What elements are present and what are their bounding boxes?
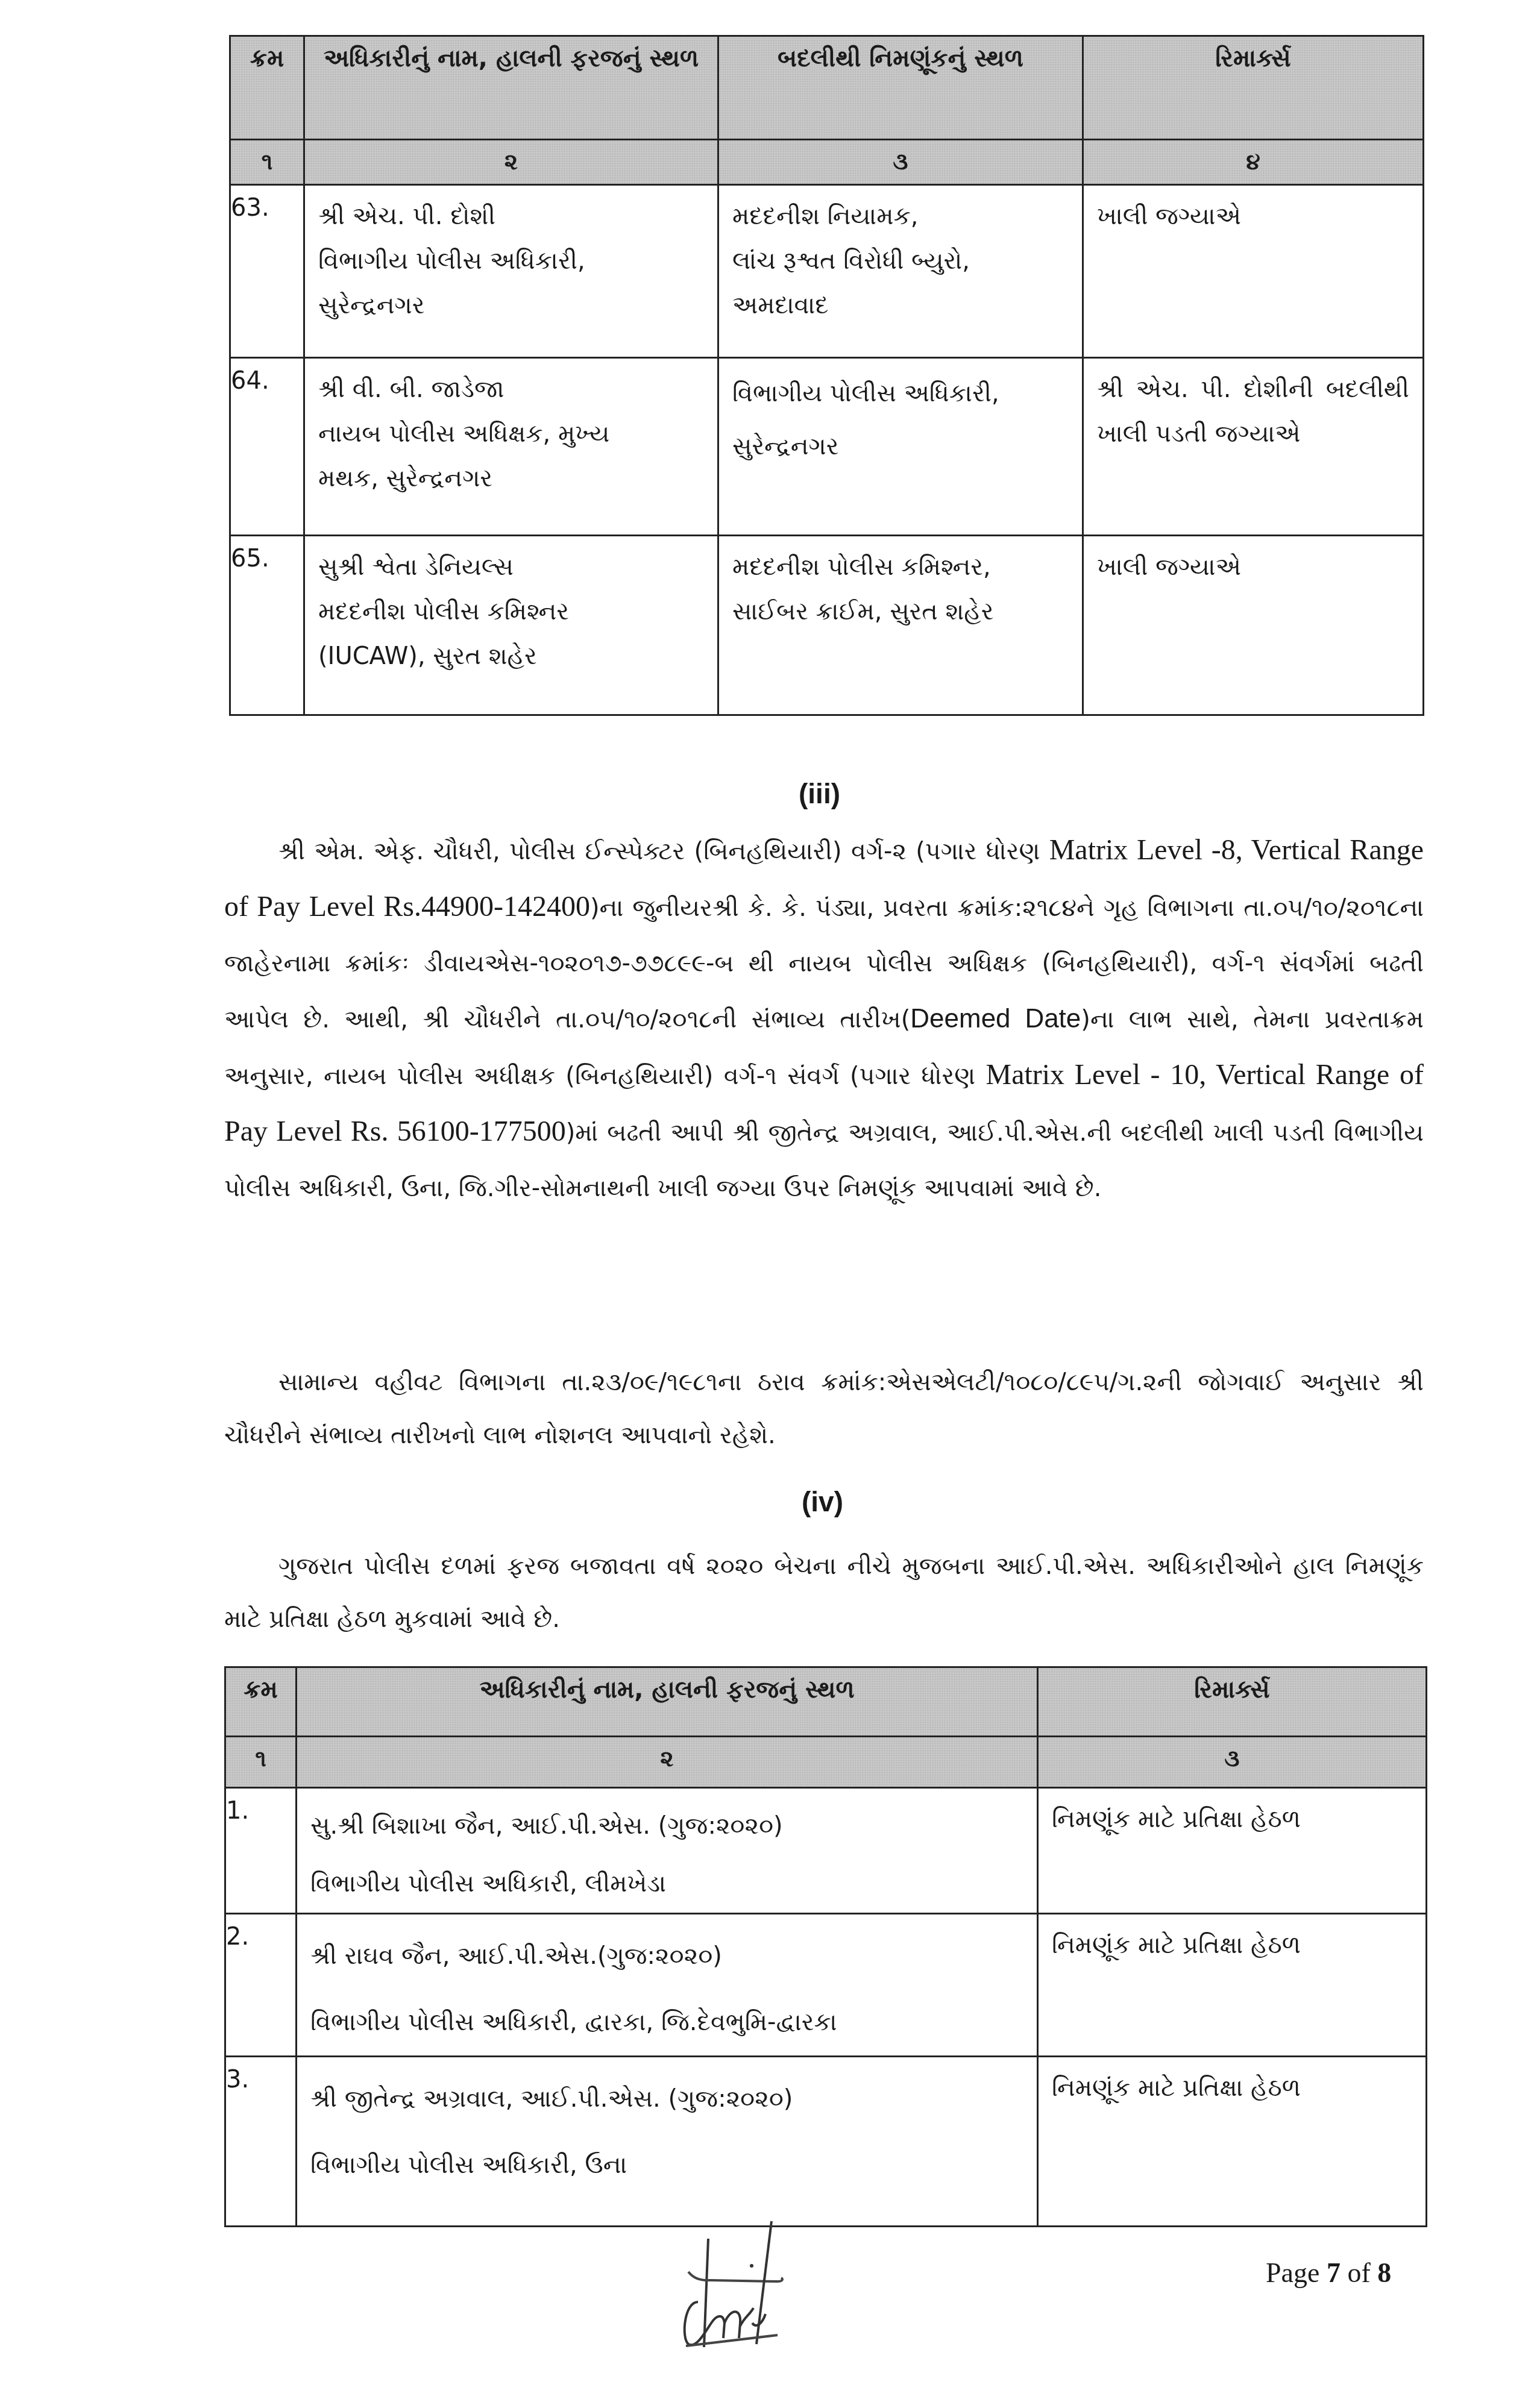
officer-posting: વિભાગીય પોલીસ અધિકારી, દ્વારકા, જિ.દેવભુ… [310, 1989, 1023, 2055]
colnum-3: ૩ [718, 140, 1083, 185]
officer-line: સુરેન્દ્રનગર [318, 283, 704, 328]
colnum-1: ૧ [230, 140, 304, 185]
row-sr: 1. [225, 1788, 297, 1914]
row-sr: 3. [225, 2057, 297, 2227]
para-text: શ્રી એમ. એફ. ચૌધરી, પોલીસ ઈન્સ્પેક્ટર (બ… [278, 838, 1049, 865]
table-row: 65. સુશ્રી શ્વેતા ડેનિયલ્સ મદદનીશ પોલીસ … [230, 536, 1424, 715]
colnum-3: ૩ [1038, 1737, 1427, 1788]
para-text: ગુજરાત પોલીસ દળમાં ફરજ બજાવતા વર્ષ ૨૦૨૦ … [224, 1552, 1424, 1633]
signature [675, 2218, 808, 2356]
officer-name: સુ.શ્રી બિશાખા જૈન, આઈ.પી.એસ. (ગુજ:૨૦૨૦) [310, 1797, 1023, 1855]
header-officer: અધિકારીનું નામ, હાલની ફરજનું સ્થળ [297, 1667, 1038, 1737]
row-sr: 63. [230, 185, 304, 358]
row-remarks: નિમણૂંક માટે પ્રતિક્ષા હેઠળ [1038, 2057, 1427, 2227]
posting-line: મદદનીશ નિયામક, [732, 194, 1069, 239]
deemed-date: Deemed Date [910, 1004, 1081, 1033]
table-row: 2. શ્રી રાઘવ જૈન, આઈ.પી.એસ.(ગુજ:૨૦૨૦) વિ… [225, 1914, 1427, 2057]
row-remarks: ખાલી જગ્યાએ [1083, 185, 1424, 358]
colnum-2: ૨ [304, 140, 718, 185]
officer-line: વિભાગીય પોલીસ અધિકારી, [318, 239, 704, 283]
row-posting: મદદનીશ નિયામક, લાંચ રૂશ્વત વિરોધી બ્યુરો… [718, 185, 1083, 358]
section-iv-paragraph: ગુજરાત પોલીસ દળમાં ફરજ બજાવતા વર્ષ ૨૦૨૦ … [224, 1540, 1424, 1646]
page-number: Page 7 of 8 [1266, 2257, 1391, 2289]
page-prefix: Page [1266, 2257, 1327, 2288]
transfer-table: ક્રમ અધિકારીનું નામ, હાલની ફરજનું સ્થળ બ… [229, 35, 1424, 716]
colnum-1: ૧ [225, 1737, 297, 1788]
officer-line: નાયબ પોલીસ અધિક્ષક, મુખ્ય [318, 412, 704, 456]
para-text: સામાન્ય વહીવટ વિભાગના તા.૨૩/૦૯/૧૯૮૧ના ઠર… [224, 1369, 1424, 1449]
officer-posting: વિભાગીય પોલીસ અધિકારી, લીમખેડા [310, 1855, 1023, 1913]
row-remarks: નિમણૂંક માટે પ્રતિક્ષા હેઠળ [1038, 1788, 1427, 1914]
officer-line: મથક, સુરેન્દ્રનગર [318, 456, 704, 501]
row-remarks: ખાલી જગ્યાએ [1083, 536, 1424, 715]
table-row: 63. શ્રી એચ. પી. દોશી વિભાગીય પોલીસ અધિક… [230, 185, 1424, 358]
colnum-4: ૪ [1083, 140, 1424, 185]
posting-line: સુરેન્દ્રનગર [732, 420, 1069, 473]
page-current: 7 [1327, 2257, 1341, 2288]
officer-line: શ્રી એચ. પી. દોશી [318, 194, 704, 239]
row-officer: શ્રી જીતેન્દ્ર અગ્રવાલ, આઈ.પી.એસ. (ગુજ:૨… [297, 2057, 1038, 2227]
officer-name: શ્રી રાઘવ જૈન, આઈ.પી.એસ.(ગુજ:૨૦૨૦) [310, 1923, 1023, 1989]
posting-line: લાંચ રૂશ્વત વિરોધી બ્યુરો, [732, 239, 1069, 283]
header-officer: અધિકારીનું નામ, હાલની ફરજનું સ્થળ [304, 36, 718, 140]
row-sr: 2. [225, 1914, 297, 2057]
posting-line: વિભાગીય પોલીસ અધિકારી, [732, 367, 1069, 420]
section-iii-label: (iii) [799, 777, 840, 810]
section-iii-paragraph-2: સામાન્ય વહીવટ વિભાગના તા.૨૩/૦૯/૧૯૮૧ના ઠર… [224, 1356, 1424, 1462]
table-row: 64. શ્રી વી. બી. જાડેજા નાયબ પોલીસ અધિક્… [230, 358, 1424, 536]
page-sep: of [1341, 2257, 1377, 2288]
section-iv-label: (iv) [802, 1485, 843, 1518]
header-remarks: રિમાર્ક્સ [1083, 36, 1424, 140]
posting-line: સાઈબર ક્રાઈમ, સુરત શહેર [732, 589, 1069, 634]
table-row: 3. શ્રી જીતેન્દ્ર અગ્રવાલ, આઈ.પી.એસ. (ગુ… [225, 2057, 1427, 2227]
row-posting: મદદનીશ પોલીસ કમિશ્નર, સાઈબર ક્રાઈમ, સુરત… [718, 536, 1083, 715]
posting-line: મદદનીશ પોલીસ કમિશ્નર, [732, 545, 1069, 589]
header-sr: ક્રમ [225, 1667, 297, 1737]
officer-line: (IUCAW), સુરત શહેર [318, 634, 704, 679]
row-officer: શ્રી વી. બી. જાડેજા નાયબ પોલીસ અધિક્ષક, … [304, 358, 718, 536]
officer-posting: વિભાગીય પોલીસ અધિકારી, ઉના [310, 2132, 1023, 2198]
officer-line: મદદનીશ પોલીસ કમિશ્નર [318, 589, 704, 634]
posting-line: અમદાવાદ [732, 283, 1069, 328]
row-officer: સુ.શ્રી બિશાખા જૈન, આઈ.પી.એસ. (ગુજ:૨૦૨૦)… [297, 1788, 1038, 1914]
section-iii-paragraph: શ્રી એમ. એફ. ચૌધરી, પોલીસ ઈન્સ્પેક્ટર (બ… [224, 823, 1424, 1216]
row-officer: સુશ્રી શ્વેતા ડેનિયલ્સ મદદનીશ પોલીસ કમિશ… [304, 536, 718, 715]
header-remarks: રિમાર્ક્સ [1038, 1667, 1427, 1737]
row-officer: શ્રી રાઘવ જૈન, આઈ.પી.એસ.(ગુજ:૨૦૨૦) વિભાગ… [297, 1914, 1038, 2057]
row-remarks: શ્રી એચ. પી. દોશીની બદલીથી ખાલી પડતી જગ્… [1083, 358, 1424, 536]
officer-name: શ્રી જીતેન્દ્ર અગ્રવાલ, આઈ.પી.એસ. (ગુજ:૨… [310, 2066, 1023, 2132]
officer-line: શ્રી વી. બી. જાડેજા [318, 367, 704, 412]
row-officer: શ્રી એચ. પી. દોશી વિભાગીય પોલીસ અધિકારી,… [304, 185, 718, 358]
awaiting-posting-table: ક્રમ અધિકારીનું નામ, હાલની ફરજનું સ્થળ ર… [224, 1666, 1427, 2227]
row-sr: 64. [230, 358, 304, 536]
header-sr: ક્રમ [230, 36, 304, 140]
row-sr: 65. [230, 536, 304, 715]
row-remarks: નિમણૂંક માટે પ્રતિક્ષા હેઠળ [1038, 1914, 1427, 2057]
header-posting: બદલીથી નિમણૂંકનું સ્થળ [718, 36, 1083, 140]
officer-line: સુશ્રી શ્વેતા ડેનિયલ્સ [318, 545, 704, 589]
page-total: 8 [1377, 2257, 1391, 2288]
table-row: 1. સુ.શ્રી બિશાખા જૈન, આઈ.પી.એસ. (ગુજ:૨૦… [225, 1788, 1427, 1914]
row-posting: વિભાગીય પોલીસ અધિકારી, સુરેન્દ્રનગર [718, 358, 1083, 536]
colnum-2: ૨ [297, 1737, 1038, 1788]
